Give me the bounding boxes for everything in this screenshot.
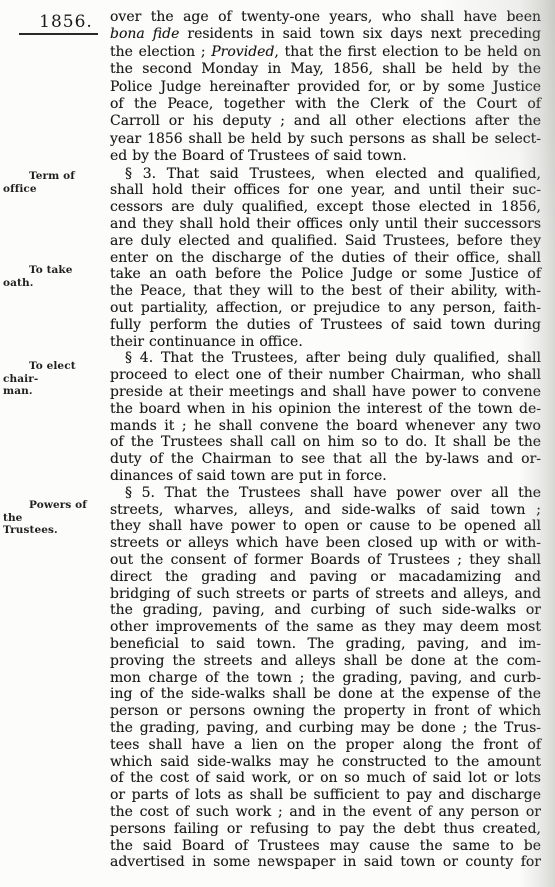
text-line: which said side-walks may he constructed…	[110, 754, 541, 771]
text-line: ed by the Board of Trustees of said town…	[110, 148, 541, 165]
text-line: the Peace, that they will to the best of…	[110, 283, 541, 300]
text-line: man.	[3, 385, 105, 398]
text-line: are duly elected and qualified. Said Tru…	[110, 233, 541, 250]
text-line: direct the grading and paving or macadam…	[110, 569, 541, 586]
text-line: the board when in his opinion the intere…	[110, 401, 541, 418]
scanned-page: 1856. Term of office To take oath. To el…	[0, 0, 555, 887]
text-line: their continuance in office.	[110, 334, 541, 351]
text-line: To take oath.	[3, 264, 105, 289]
page-year-heading: 1856.	[34, 12, 98, 32]
text-line: the election ; Provided, that the first …	[110, 44, 541, 61]
margin-note-powers-of-trustees: Powers of theTrustees.	[3, 499, 105, 537]
year-underline-rule	[19, 33, 98, 35]
text-line: year 1856 shall be held by such persons …	[110, 131, 541, 148]
text-line: bona fide residents in said town six day…	[110, 26, 541, 43]
text-line: person or persons owning the property in…	[110, 703, 541, 720]
text-line: the cost of such work ; and in the event…	[110, 804, 541, 821]
text-line: of the Trustees shall call on him so to …	[110, 434, 541, 451]
text-line: Term of office	[3, 170, 105, 195]
paragraph-election-continuation: over the age of twenty-one years, who sh…	[110, 9, 541, 166]
text-line: and they shall hold their offices only u…	[110, 216, 541, 233]
margin-note-to-elect-chairman: To elect chair-man.	[3, 360, 105, 398]
text-line: of the Peace, together with the Clerk of…	[110, 96, 541, 113]
text-line: § 4. That the Trustees, after being duly…	[110, 350, 541, 367]
text-line: the grading, paving, and curbing may be …	[110, 720, 541, 737]
text-line: the second Monday in May, 1856, shall be…	[110, 61, 541, 78]
margin-note-term-of-office: Term of office	[3, 170, 105, 195]
text-line: the said Board of Trustees may cause the…	[110, 838, 541, 855]
text-line: § 3. That said Trustees, when elected an…	[110, 166, 541, 183]
paragraph-section-4-elect-chairman: § 4. That the Trustees, after being duly…	[110, 350, 541, 484]
text-line: shall hold their offices for one year, a…	[110, 182, 541, 199]
text-line: Police Judge hereinafter provided for, o…	[110, 79, 541, 96]
text-line: mands it ; he shall convene the board wh…	[110, 418, 541, 435]
text-line: Powers of the	[3, 499, 105, 524]
paragraph-section-5-powers-of-trustees: § 5. That the Trustees shall have power …	[110, 485, 541, 871]
text-line: cessors are duly qualified, except those…	[110, 199, 541, 216]
statute-text-column: over the age of twenty-one years, who sh…	[110, 9, 541, 871]
text-line: ing of the side-walks shall be done at t…	[110, 686, 541, 703]
text-line: advertised in some newspaper in said tow…	[110, 854, 541, 871]
text-line: the grading, paving, and curbing of such…	[110, 602, 541, 619]
text-line: take an oath before the Police Judge or …	[110, 266, 541, 283]
text-line: out the consent of former Boards of Trus…	[110, 552, 541, 569]
text-line: streets, wharves, alleys, and side-walks…	[110, 502, 541, 519]
text-line: mon charge of the town ; the grading, pa…	[110, 670, 541, 687]
text-line: they shall have power to open or cause t…	[110, 518, 541, 535]
text-line: bridging of such streets or parts of str…	[110, 586, 541, 603]
text-line: Trustees.	[3, 524, 105, 537]
text-line: over the age of twenty-one years, who sh…	[110, 9, 541, 26]
margin-note-to-take-oath: To take oath.	[3, 264, 105, 289]
text-line: other improvements of the same as they m…	[110, 619, 541, 636]
text-line: To elect chair-	[3, 360, 105, 385]
text-line: preside at their meetings and shall have…	[110, 384, 541, 401]
text-line: or parts of lots as shall be sufficient …	[110, 787, 541, 804]
text-line: beneficial to said town. The grading, pa…	[110, 636, 541, 653]
text-line: enter on the discharge of the duties of …	[110, 250, 541, 267]
text-line: proceed to elect one of their number Cha…	[110, 367, 541, 384]
text-line: fully perform the duties of Trustees of …	[110, 317, 541, 334]
text-line: streets or alleys which have been closed…	[110, 535, 541, 552]
text-line: Carroll or his deputy ; and all other el…	[110, 113, 541, 130]
text-line: out partiality, affection, or prejudice …	[110, 300, 541, 317]
text-line: tees shall have a lien on the proper alo…	[110, 737, 541, 754]
text-line: duty of the Chairman to see that all the…	[110, 451, 541, 468]
paragraph-section-3-term-of-office: § 3. That said Trustees, when elected an…	[110, 166, 541, 351]
text-line: proving the streets and alleys shall be …	[110, 653, 541, 670]
text-line: § 5. That the Trustees shall have power …	[110, 485, 541, 502]
text-line: dinances of said town are put in force.	[110, 468, 541, 485]
text-line: of the cost of said work, or on so much …	[110, 770, 541, 787]
text-line: persons failing or refusing to pay the d…	[110, 821, 541, 838]
